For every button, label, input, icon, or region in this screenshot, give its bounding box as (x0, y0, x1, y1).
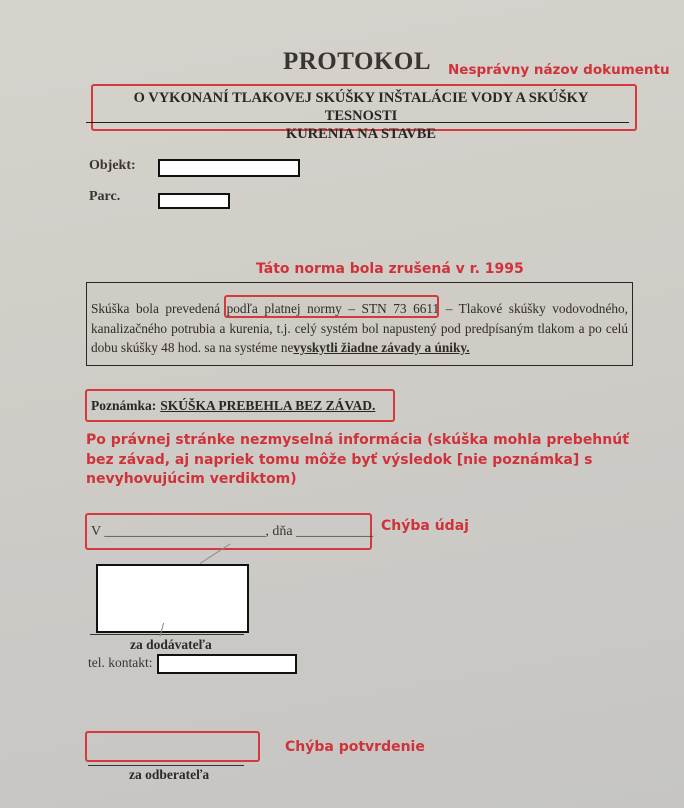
objekt-label: Objekt: (89, 158, 136, 174)
annotation-norm: Táto norma bola zrušená v r. 1995 (256, 261, 524, 277)
subtitle-line-1: O VYKONANÍ TLAKOVEJ SKÚŠKY INŠTALÁCIE VO… (96, 89, 626, 125)
annotation-confirmation: Chýba potvrdenie (285, 739, 425, 755)
parc-field[interactable] (158, 193, 230, 209)
customer-label: za odberateľa (129, 767, 209, 783)
note-value: SKÚŠKA PREBEHLA BEZ ZÁVAD. (160, 398, 375, 413)
annotation-highlight-norm (224, 295, 439, 318)
parc-label: Parc. (89, 189, 120, 205)
place-date-line: V _______________________, dňa _________… (91, 524, 373, 540)
description-underlined: vyskytli žiadne závady a úniky. (293, 340, 469, 355)
annotation-place-date: Chýba údaj (381, 518, 469, 534)
note-label: Poznámka: (91, 398, 156, 413)
supplier-signature-field[interactable] (96, 564, 249, 633)
tel-contact-field[interactable] (157, 654, 297, 674)
document-subtitle: O VYKONANÍ TLAKOVEJ SKÚŠKY INŠTALÁCIE VO… (96, 89, 626, 143)
annotation-note: Po právnej stránke nezmyselná informácia… (86, 431, 646, 490)
customer-signature-line (88, 765, 244, 766)
subtitle-rule (86, 122, 629, 123)
objekt-field[interactable] (158, 159, 300, 177)
description-part-1: Skúška bola prevedená (91, 301, 227, 316)
annotation-title: Nesprávny názov dokumentu (448, 62, 670, 78)
supplier-signature-line (90, 634, 244, 635)
annotation-highlight-confirmation (85, 731, 260, 762)
supplier-label: za dodávateľa (130, 637, 212, 653)
tel-contact-label: tel. kontakt: (88, 655, 153, 671)
note: Poznámka:SKÚŠKA PREBEHLA BEZ ZÁVAD. (91, 398, 375, 414)
subtitle-line-2: KURENIA NA STAVBE (96, 125, 626, 143)
